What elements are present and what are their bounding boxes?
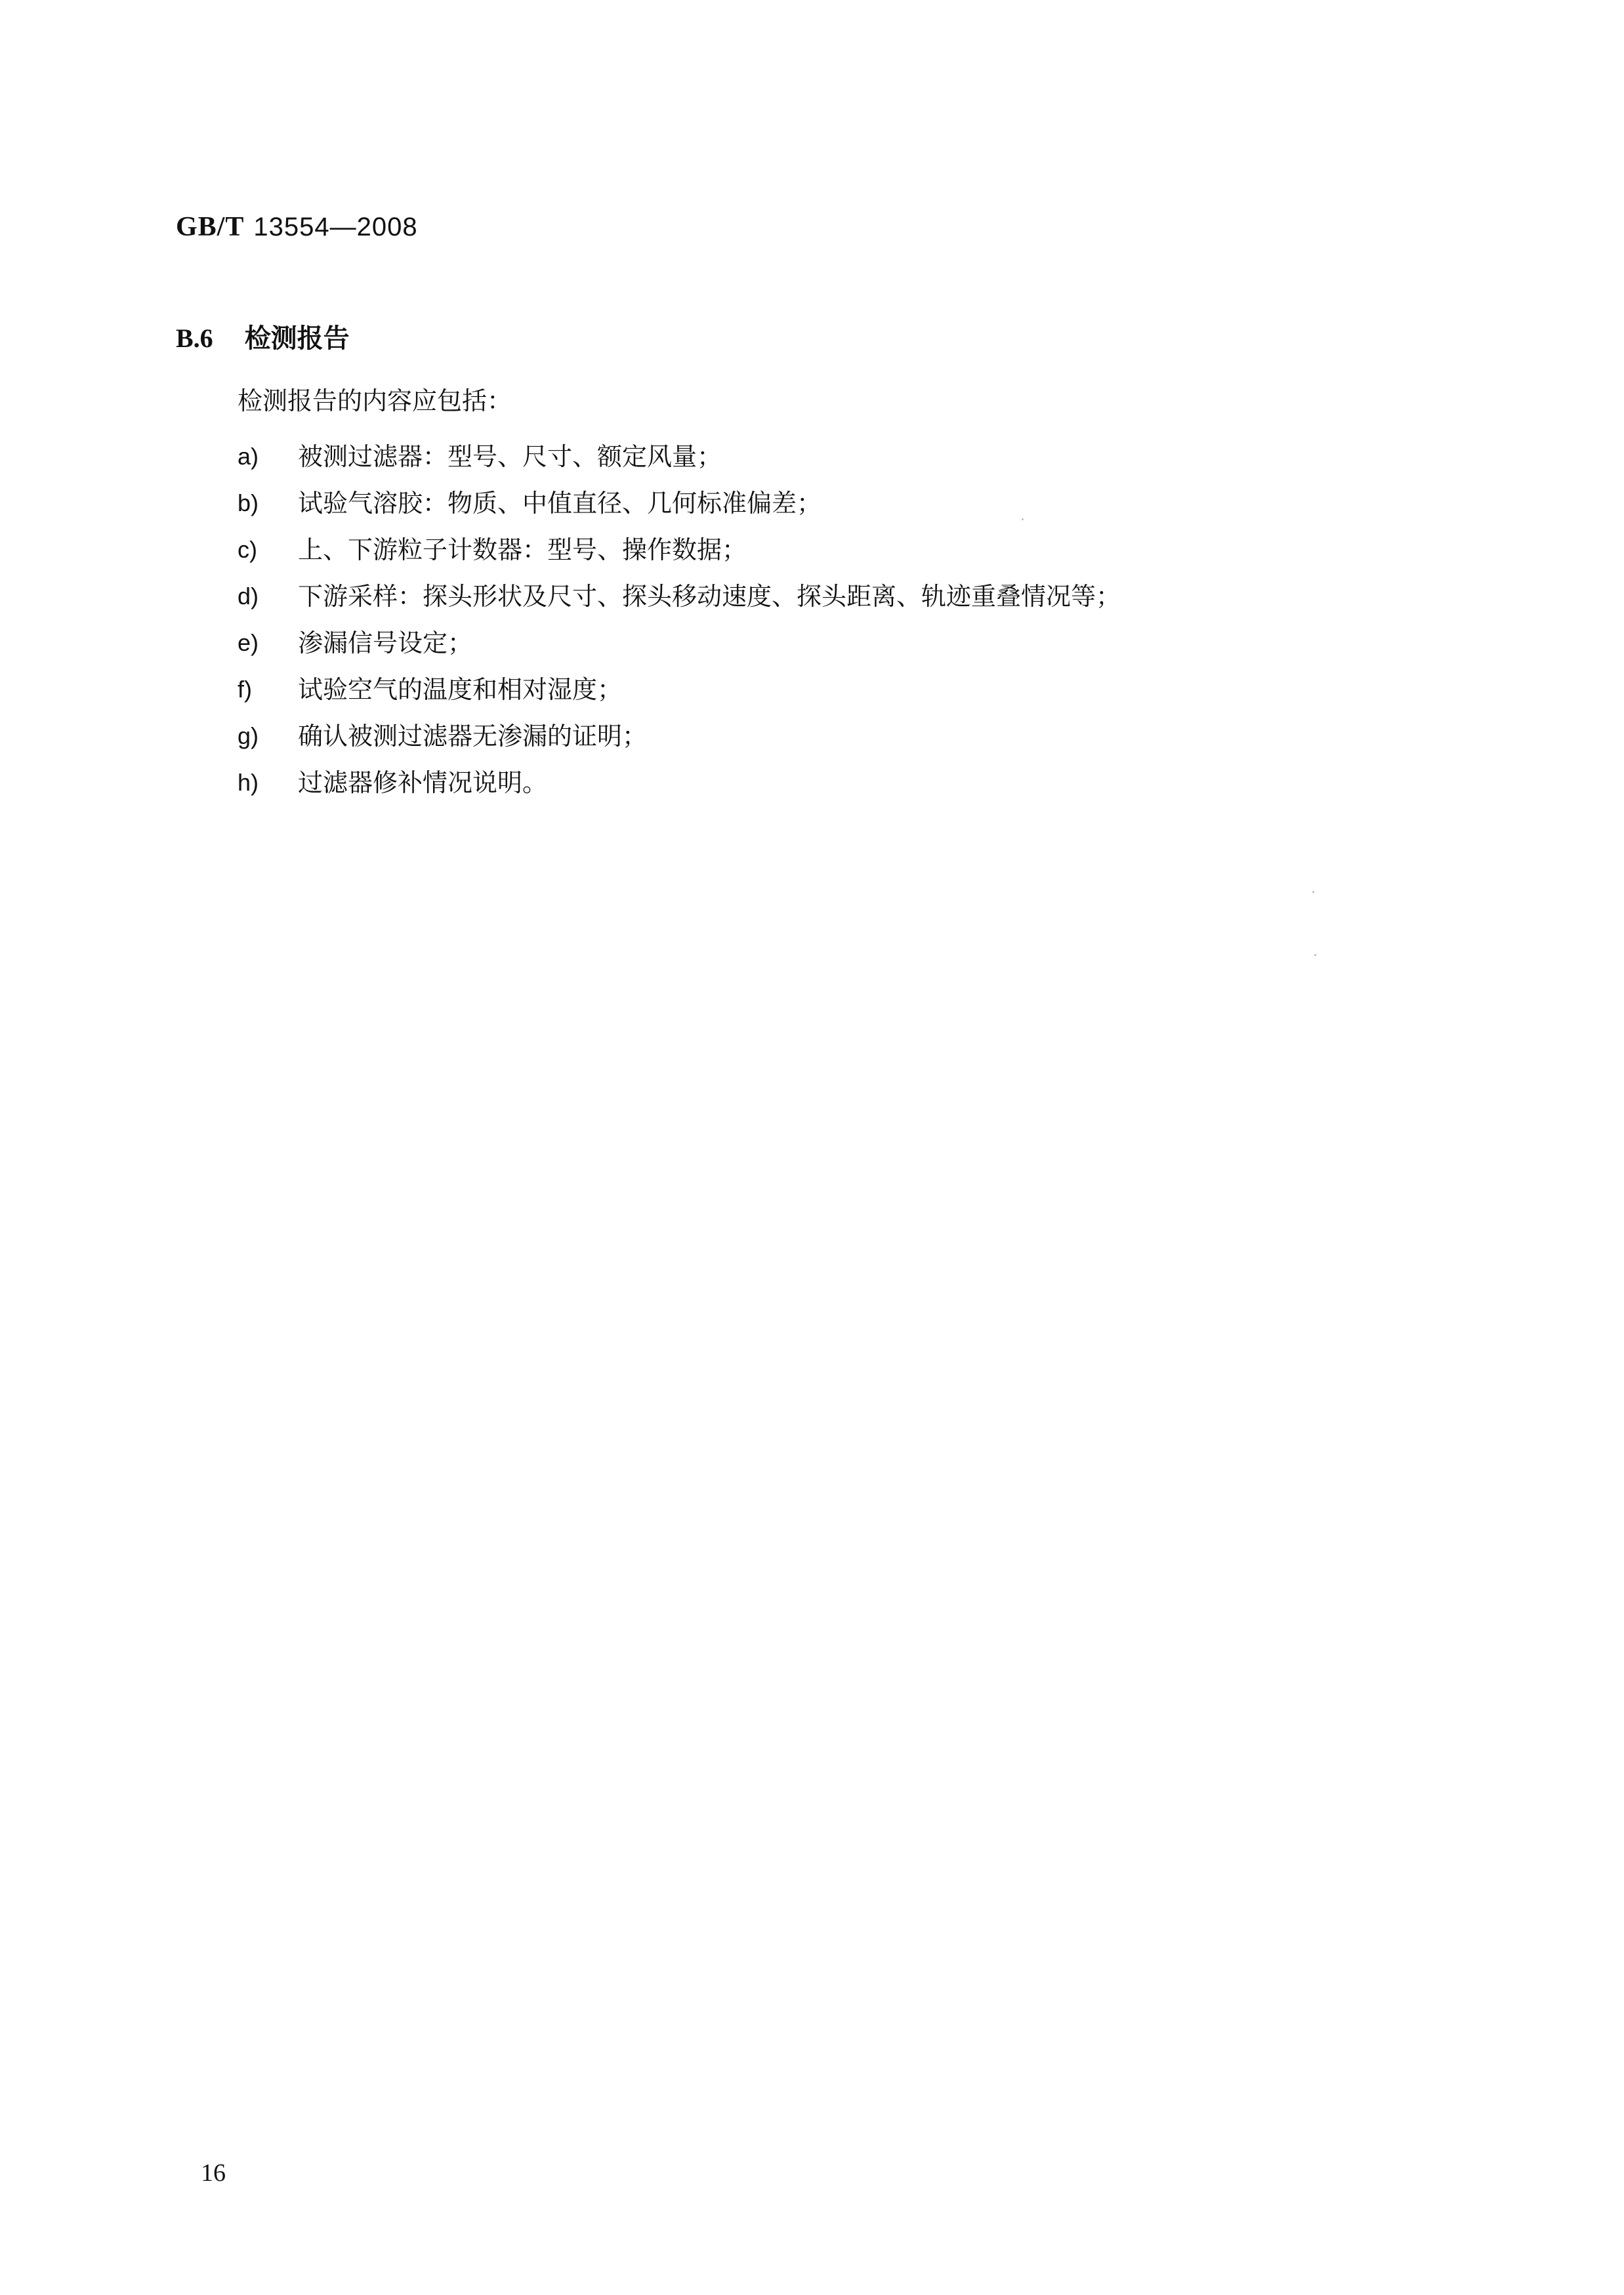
list-item-text: 试验空气的温度和相对湿度； bbox=[298, 669, 622, 711]
list-item: d) 下游采样：探头形状及尺寸、探头移动速度、探头距离、轨迹重叠情况等； bbox=[238, 575, 1121, 617]
list-item-text: 过滤器修补情况说明。 bbox=[298, 762, 547, 804]
list-item-text: 被测过滤器：型号、尺寸、额定风量； bbox=[298, 436, 722, 478]
scan-speck bbox=[1314, 954, 1316, 956]
section-number: B.6 bbox=[176, 323, 213, 353]
list-item-marker: c) bbox=[238, 529, 298, 571]
list-item-marker: f) bbox=[238, 669, 298, 711]
standard-header: GB/T13554—2008 bbox=[176, 211, 418, 243]
scan-speck bbox=[1022, 518, 1024, 520]
scan-speck bbox=[1312, 891, 1314, 893]
list-item: e) 渗漏信号设定； bbox=[238, 622, 1121, 664]
report-content-list: a) 被测过滤器：型号、尺寸、额定风量； b) 试验气溶胶：物质、中值直径、几何… bbox=[238, 436, 1121, 808]
list-item-text: 上、下游粒子计数器：型号、操作数据； bbox=[298, 529, 747, 571]
list-item-marker: b) bbox=[238, 482, 298, 524]
list-item-text: 渗漏信号设定； bbox=[298, 622, 472, 664]
list-item-marker: g) bbox=[238, 715, 298, 757]
list-item: f) 试验空气的温度和相对湿度； bbox=[238, 669, 1121, 711]
page-number: 16 bbox=[201, 2159, 226, 2187]
list-item: a) 被测过滤器：型号、尺寸、额定风量； bbox=[238, 436, 1121, 478]
list-item-marker: e) bbox=[238, 622, 298, 664]
list-item-text: 下游采样：探头形状及尺寸、探头移动速度、探头距离、轨迹重叠情况等； bbox=[298, 575, 1121, 617]
list-item-marker: a) bbox=[238, 436, 298, 478]
list-item-text: 试验气溶胶：物质、中值直径、几何标准偏差； bbox=[298, 482, 822, 524]
list-item-marker: h) bbox=[238, 762, 298, 804]
list-item: b) 试验气溶胶：物质、中值直径、几何标准偏差； bbox=[238, 482, 1121, 524]
list-item: c) 上、下游粒子计数器：型号、操作数据； bbox=[238, 529, 1121, 571]
section-heading: B.6检测报告 bbox=[176, 318, 350, 355]
section-title: 检测报告 bbox=[245, 323, 350, 354]
intro-text: 检测报告的内容应包括： bbox=[238, 381, 512, 417]
list-item-marker: d) bbox=[238, 575, 298, 617]
list-item: h) 过滤器修补情况说明。 bbox=[238, 762, 1121, 804]
list-item: g) 确认被测过滤器无渗漏的证明； bbox=[238, 715, 1121, 757]
standard-number: 13554—2008 bbox=[253, 213, 417, 241]
standard-prefix: GB/T bbox=[176, 212, 244, 242]
list-item-text: 确认被测过滤器无渗漏的证明； bbox=[298, 715, 647, 757]
